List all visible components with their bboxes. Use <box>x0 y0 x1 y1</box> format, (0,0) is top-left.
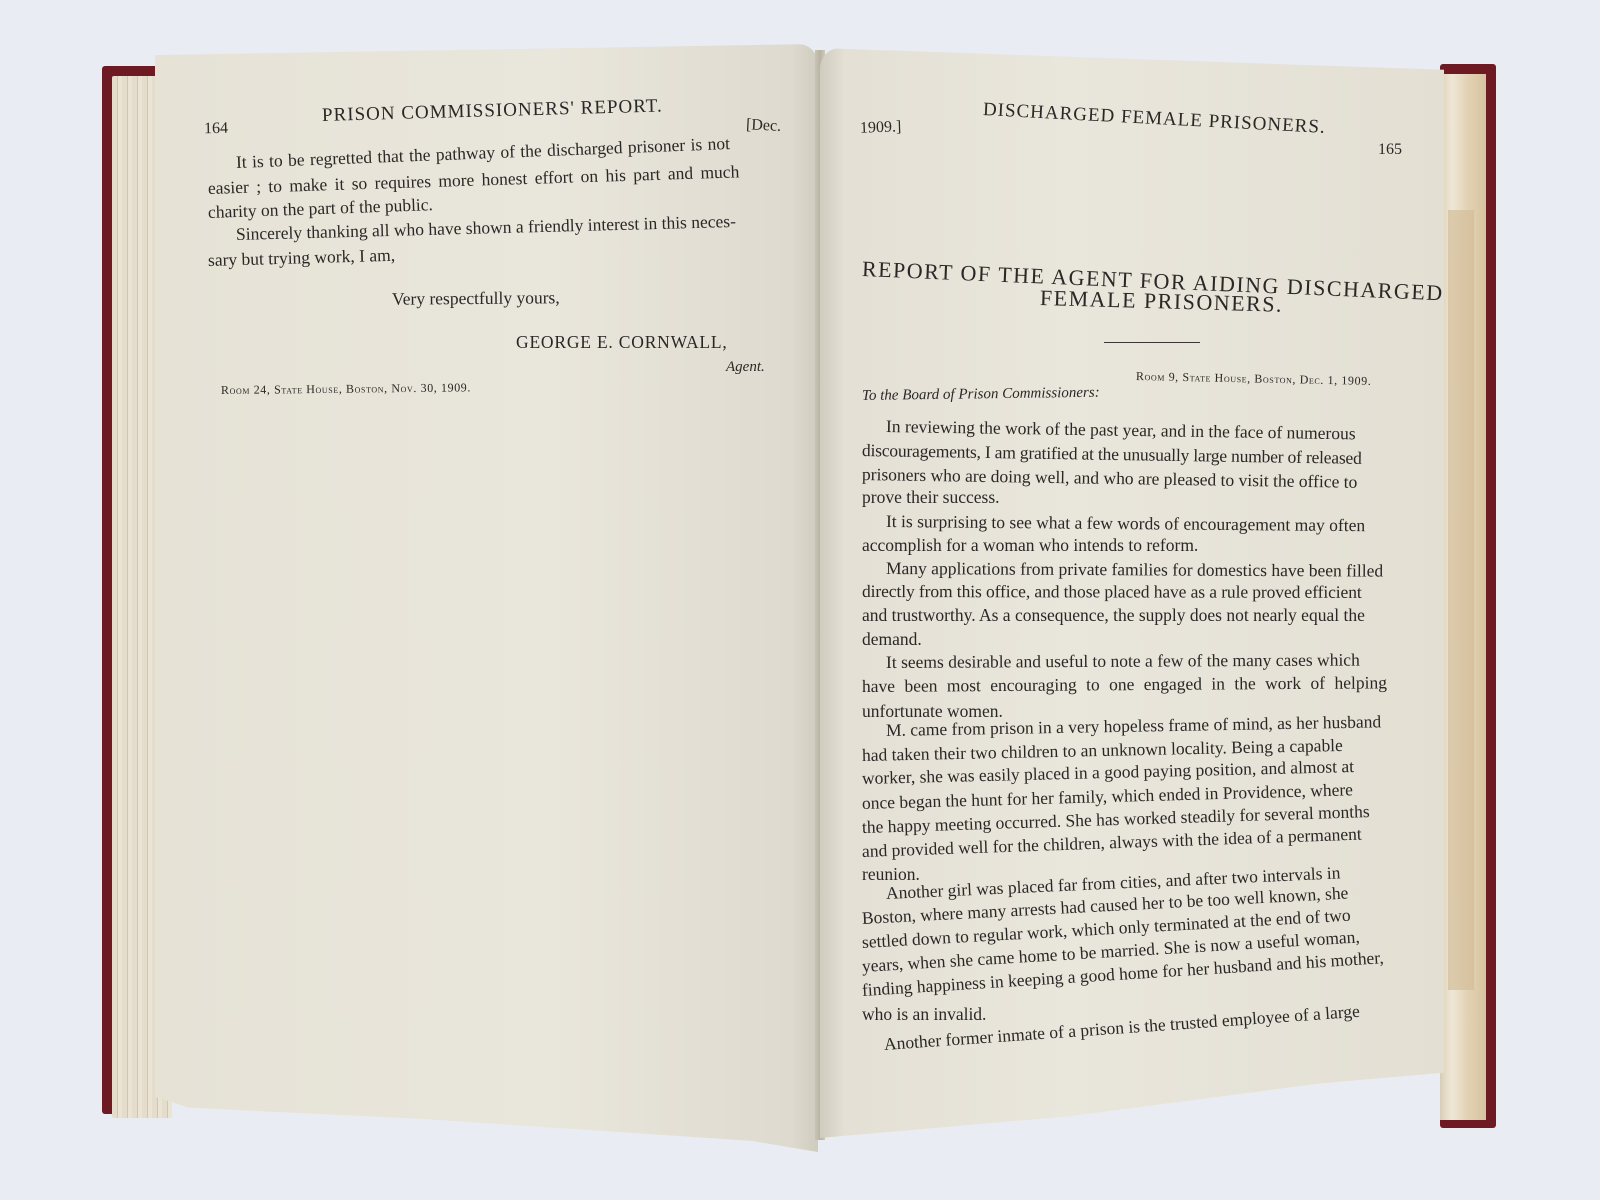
signature-title: Agent. <box>726 360 765 375</box>
right-text-line: have been most encouraging to one engage… <box>862 674 1387 695</box>
left-page-number: 164 <box>204 121 228 137</box>
right-text-line: demand. <box>862 631 922 649</box>
right-text-line: who is an invalid. <box>862 1006 986 1024</box>
left-date-head: [Dec. <box>746 117 782 135</box>
title-divider <box>1104 342 1200 343</box>
paper-stain <box>1448 210 1474 990</box>
right-text-line: Many applications from private families … <box>886 560 1383 580</box>
closing-line: Very respectfully yours, <box>392 289 560 308</box>
right-text-line: prove their success. <box>862 489 1000 507</box>
left-dateline: Room 24, State House, Boston, Nov. 30, 1… <box>221 381 471 396</box>
right-text-line: It is surprising to see what a few words… <box>886 513 1365 535</box>
right-text-line: directly from this office, and those pla… <box>862 583 1362 601</box>
right-text-line: accomplish for a woman who intends to re… <box>862 537 1198 555</box>
right-date-head: 1909.] <box>860 119 902 136</box>
right-page-number: 165 <box>1378 142 1402 158</box>
signature-name: GEORGE E. CORNWALL, <box>516 334 728 352</box>
right-text-line: and trustworthy. As a consequence, the s… <box>862 607 1365 625</box>
right-text-line: It seems desirable and useful to note a … <box>886 652 1360 672</box>
